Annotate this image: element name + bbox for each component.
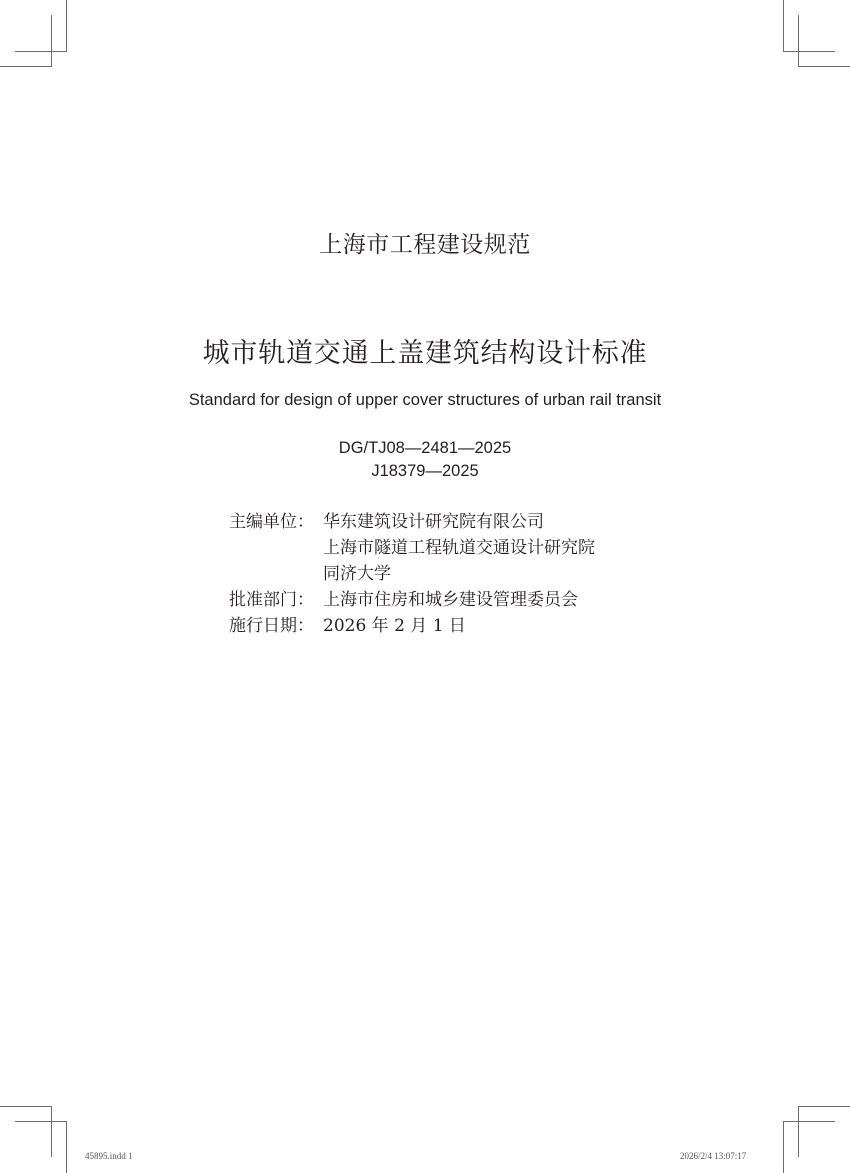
- chief-editor-org: 上海市隧道工程轨道交通设计研究院: [323, 535, 595, 561]
- crop-mark-bottom-left-outer-vertical: [66, 1121, 67, 1173]
- crop-mark-top-left-inner-vertical: [51, 15, 52, 66]
- standard-code: DG/TJ08—2481—2025: [0, 439, 850, 458]
- crop-mark-bottom-left-inner-vertical: [51, 1106, 52, 1157]
- chief-editor-values: 华东建筑设计研究院有限公司 上海市隧道工程轨道交通设计研究院 同济大学: [323, 509, 595, 535]
- main-title: 城市轨道交通上盖建筑结构设计标准: [0, 331, 850, 370]
- crop-mark-bottom-right-outer-vertical: [783, 1121, 784, 1173]
- crop-mark-top-left-outer-horizontal: [0, 66, 52, 67]
- chief-editor-row: 主编单位： 华东建筑设计研究院有限公司 上海市隧道工程轨道交通设计研究院 同济大…: [229, 509, 595, 535]
- approver-label: 批准部门：: [229, 587, 323, 613]
- effective-date-label: 施行日期：: [229, 613, 323, 639]
- english-title: Standard for design of upper cover struc…: [0, 391, 850, 410]
- chief-editor-org: 同济大学: [323, 561, 595, 587]
- publication-info: 主编单位： 华东建筑设计研究院有限公司 上海市隧道工程轨道交通设计研究院 同济大…: [229, 509, 595, 639]
- crop-mark-bottom-right-outer-horizontal: [798, 1106, 850, 1107]
- effective-date-row: 施行日期： 2026 年 2 月 1 日: [229, 613, 595, 639]
- record-code: J18379—2025: [0, 462, 850, 481]
- chief-editor-label: 主编单位：: [229, 509, 323, 535]
- crop-mark-top-left-inner-horizontal: [15, 51, 67, 52]
- crop-mark-bottom-left-outer-horizontal: [0, 1106, 52, 1107]
- crop-mark-top-left-outer-vertical: [66, 0, 67, 51]
- chief-editor-org: 华东建筑设计研究院有限公司: [323, 509, 595, 535]
- approver-value: 上海市住房和城乡建设管理委员会: [323, 587, 578, 613]
- print-slug-timestamp: 2026/2/4 13:07:17: [680, 1151, 746, 1161]
- approver-row: 批准部门： 上海市住房和城乡建设管理委员会: [229, 587, 595, 613]
- crop-mark-top-right-inner-vertical: [798, 15, 799, 66]
- print-slug-file: 45895.indd 1: [85, 1151, 133, 1161]
- series-title: 上海市工程建设规范: [0, 226, 850, 259]
- crop-mark-top-right-outer-horizontal: [798, 66, 850, 67]
- crop-mark-bottom-left-inner-horizontal: [15, 1121, 67, 1122]
- effective-date-value: 2026 年 2 月 1 日: [323, 613, 466, 639]
- crop-mark-top-right-inner-horizontal: [783, 51, 835, 52]
- crop-mark-bottom-right-inner-horizontal: [783, 1121, 835, 1122]
- crop-mark-bottom-right-inner-vertical: [798, 1106, 799, 1157]
- crop-mark-top-right-outer-vertical: [783, 0, 784, 51]
